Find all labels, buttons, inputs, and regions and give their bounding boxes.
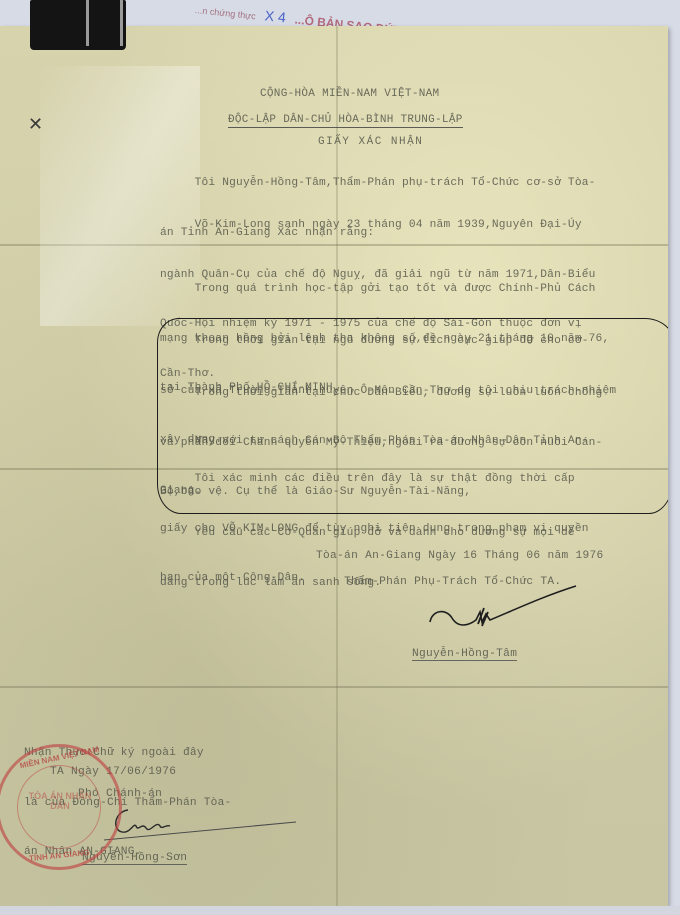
official-seal: MIỀN NAM VIỆT NAM TÒA ÁN NHÂN DÂN TỈNH A… [0,744,122,870]
place-date-line: Tòa-án An-Giang Ngày 16 Tháng 06 năm 197… [316,550,604,562]
seal-center-text: TÒA ÁN NHÂN DÂN [25,791,95,811]
signer-name: Nguyễn-Hồng-Tâm [412,648,517,661]
fold-line [0,686,668,688]
document-page: ✕ CỘNG-HÒA MIỀN-NAM VIỆT-NAM ĐỘC-LẬP DÂN… [0,26,668,906]
motto-heading: ĐỘC-LẬP DÂN-CHỦ HÒA-BÌNH TRUNG-LẬP [228,114,463,128]
background-surface [0,906,680,915]
deputy-chief-signature [100,804,300,844]
text-line: Võ-Kim-Long sanh ngày 23 tháng 04 năm 19… [160,217,596,234]
hand-drawn-highlight-outline [157,318,668,514]
text-line: Yêu cầu các Cơ-Quan giúp đỡ và dành cho … [160,525,575,542]
judge-signature [424,582,584,632]
certified-copy-mark: X 4 [264,7,287,25]
certified-copy-stamp-small: ...n chứng thực [194,5,256,21]
margin-x-mark: ✕ [28,114,43,135]
country-heading: CỘNG-HÒA MIỀN-NAM VIỆT-NAM [260,88,439,100]
binder-clip-wire [120,0,123,46]
seal-ring-bottom-text: TỈNH AN GIANG [29,848,90,863]
text-line: Trong quá trình học-tập gởi tạo tốt và đ… [160,281,609,298]
binder-clip-body [30,0,126,50]
binder-clip-wire [86,0,89,46]
binder-clip [30,0,126,58]
